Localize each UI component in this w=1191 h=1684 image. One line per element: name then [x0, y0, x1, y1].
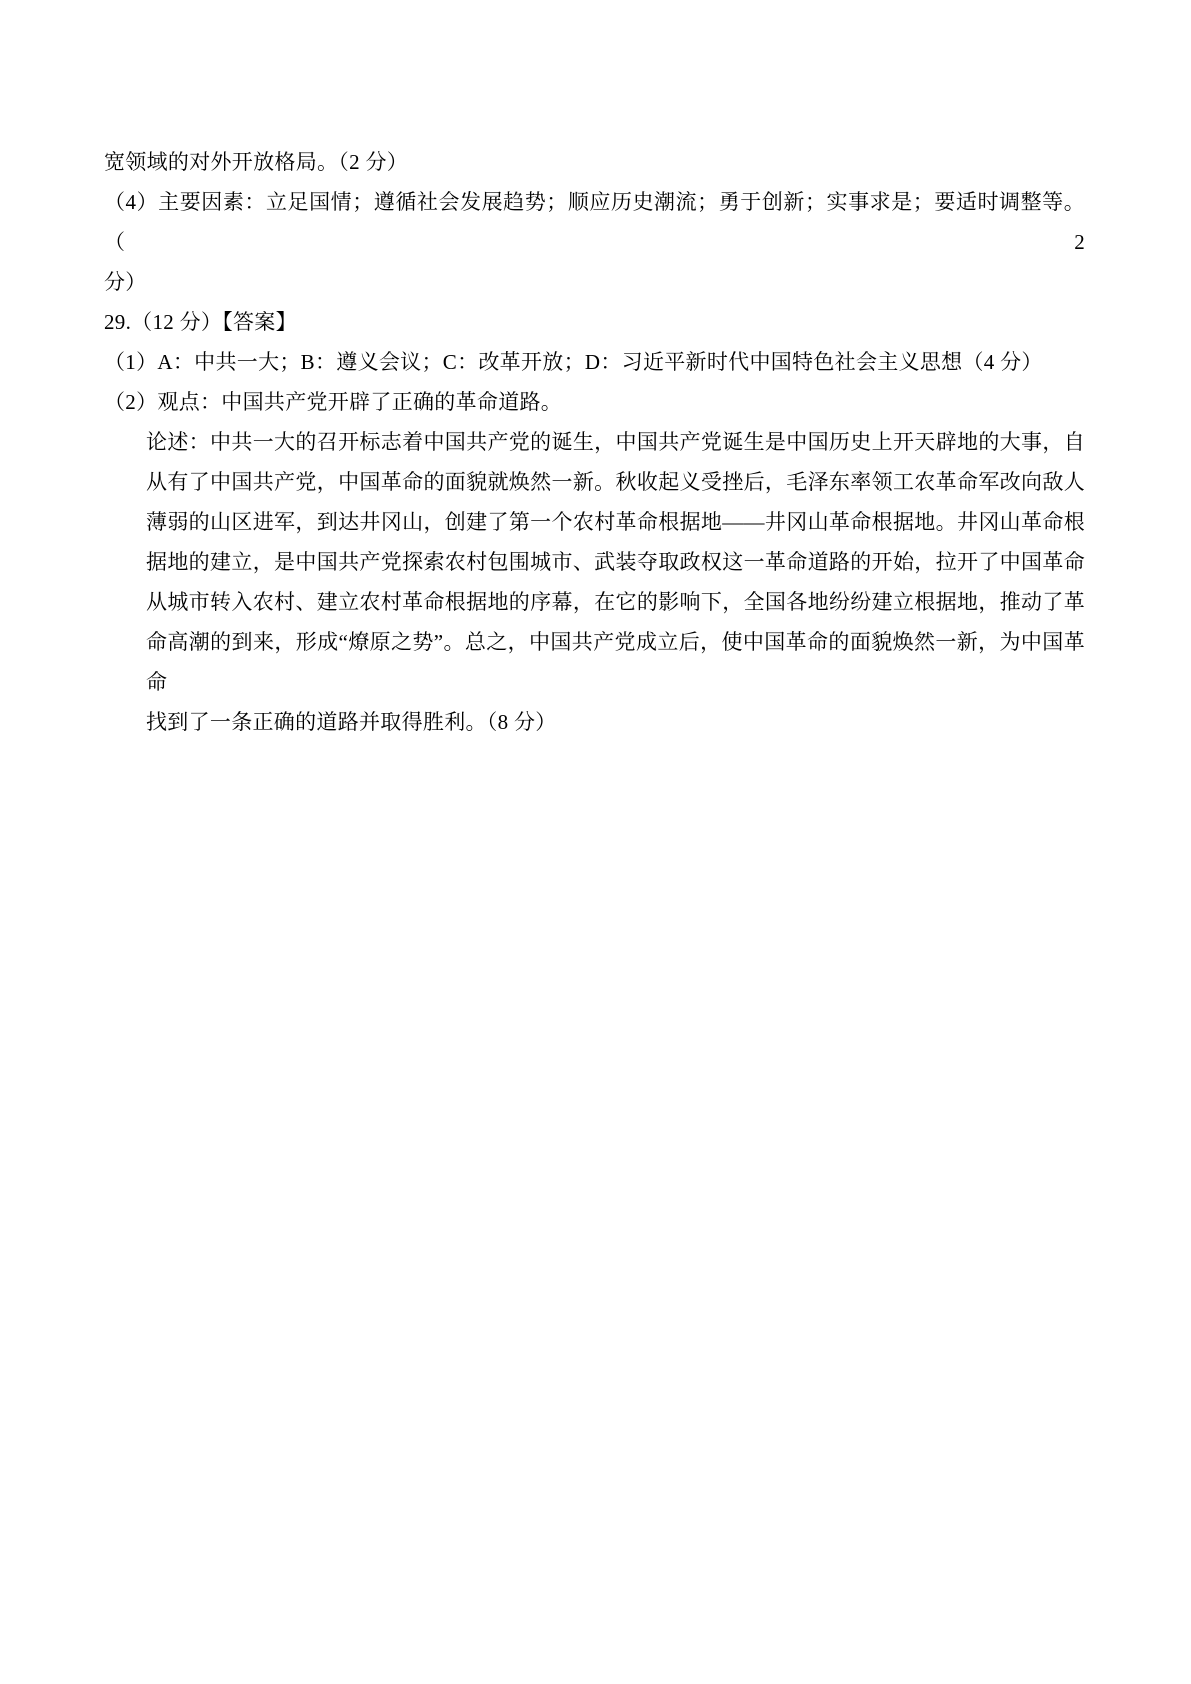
text-line: 从城市转入农村、建立农村革命根据地的序幕，在它的影响下，全国各地纷纷建立根据地，…: [146, 582, 1085, 622]
paragraph: 论述：中共一大的召开标志着中国共产党的诞生，中国共产党诞生是中国历史上开天辟地的…: [104, 422, 1085, 742]
text-line: 据地的建立，是中国共产党探索农村包围城市、武装夺取政权这一革命道路的开始，拉开了…: [146, 542, 1085, 582]
text-line: （2）观点：中国共产党开辟了正确的革命道路。: [104, 382, 1085, 422]
paragraph: （2）观点：中国共产党开辟了正确的革命道路。: [104, 382, 1085, 422]
text-line: 宽领域的对外开放格局。（2 分）: [104, 142, 1085, 182]
text-line: （4）主要因素：立足国情；遵循社会发展趋势；顺应历史潮流；勇于创新；实事求是；要…: [104, 182, 1085, 262]
text-line: 29.（12 分）【答案】: [104, 302, 1085, 342]
paragraph: （4）主要因素：立足国情；遵循社会发展趋势；顺应历史潮流；勇于创新；实事求是；要…: [104, 182, 1085, 302]
paragraph: （1）A：中共一大；B：遵义会议；C：改革开放；D：习近平新时代中国特色社会主义…: [104, 342, 1085, 382]
paragraph: 29.（12 分）【答案】: [104, 302, 1085, 342]
text-line: （1）A：中共一大；B：遵义会议；C：改革开放；D：习近平新时代中国特色社会主义…: [104, 342, 1085, 382]
paragraph: 宽领域的对外开放格局。（2 分）: [104, 142, 1085, 182]
text-line: 命高潮的到来，形成“燎原之势”。总之，中国共产党成立后，使中国革命的面貌焕然一新…: [146, 622, 1085, 702]
text-line: 从有了中国共产党，中国革命的面貌就焕然一新。秋收起义受挫后，毛泽东率领工农革命军…: [146, 462, 1085, 502]
text-line: 找到了一条正确的道路并取得胜利。（8 分）: [146, 702, 1085, 742]
document-page: 宽领域的对外开放格局。（2 分）（4）主要因素：立足国情；遵循社会发展趋势；顺应…: [0, 0, 1191, 1684]
text-line: 薄弱的山区进军，到达井冈山，创建了第一个农村革命根据地——井冈山革命根据地。井冈…: [146, 502, 1085, 542]
text-line: 分）: [104, 262, 1085, 302]
answer-text: 宽领域的对外开放格局。（2 分）（4）主要因素：立足国情；遵循社会发展趋势；顺应…: [104, 142, 1085, 742]
text-line: 论述：中共一大的召开标志着中国共产党的诞生，中国共产党诞生是中国历史上开天辟地的…: [146, 422, 1085, 462]
